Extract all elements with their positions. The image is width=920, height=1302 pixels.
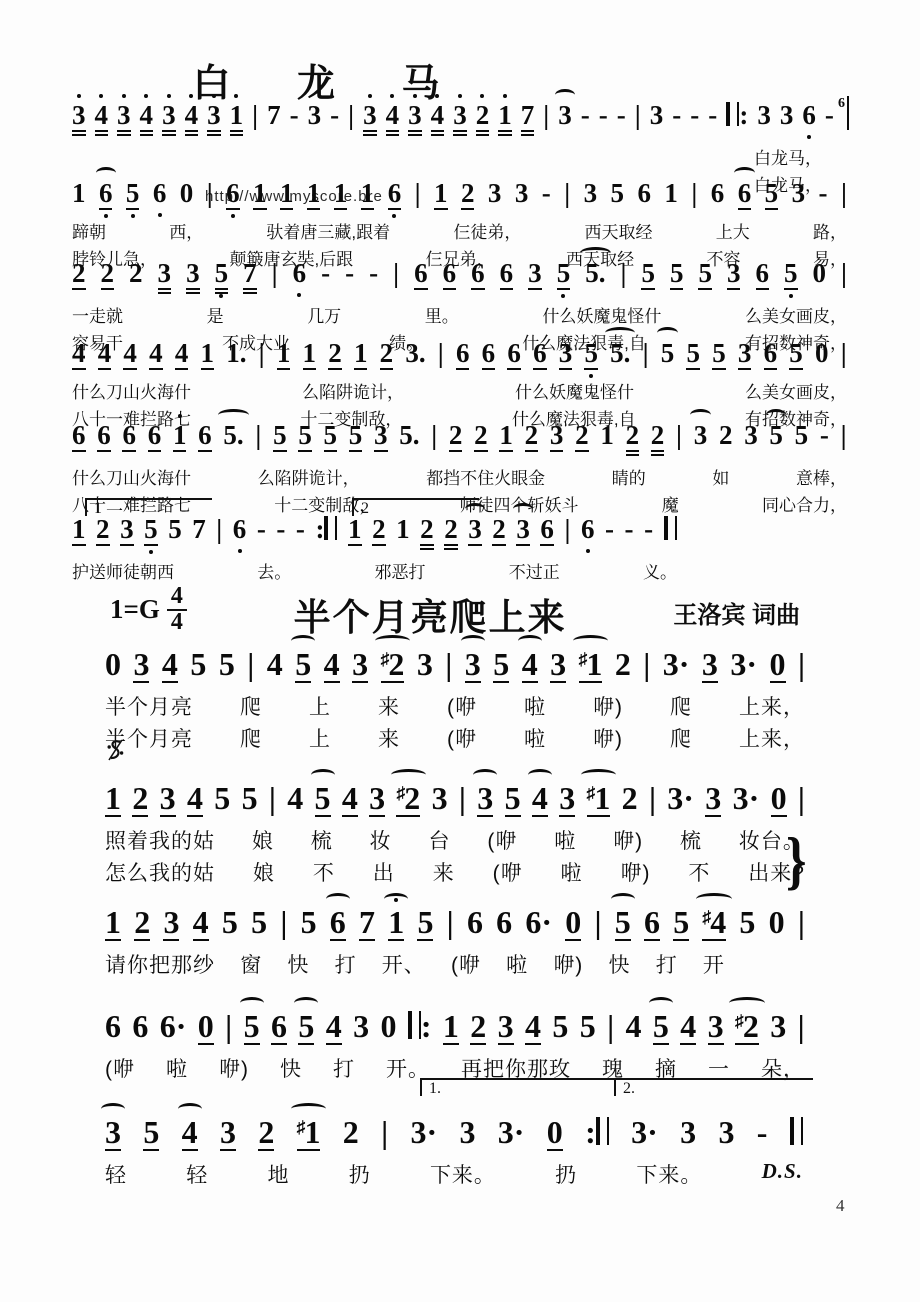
lyric-phrase: 爬 <box>670 723 692 753</box>
note-token: 6 <box>581 516 595 543</box>
note-token: - <box>369 260 378 287</box>
note-token: 5 <box>298 1010 314 1045</box>
note-token: 5 <box>168 516 182 543</box>
note-token: 3 <box>207 102 221 136</box>
note-token: 3 <box>72 102 86 136</box>
lyric-phrase: 爬 <box>670 691 692 721</box>
note-token: | <box>841 340 847 367</box>
note-token: | <box>393 260 399 287</box>
lyric-phrase: 里。 <box>425 302 459 327</box>
note-token: 4 <box>162 648 178 683</box>
note-token: ♯2 <box>381 648 405 683</box>
lyric-phrase: 打 <box>333 1053 355 1083</box>
note-token: 5 <box>641 260 655 290</box>
lyric-phrase: 上来， <box>739 691 805 721</box>
lyric-phrase: 快 <box>287 949 309 979</box>
note-token: 1 <box>280 180 294 210</box>
lyric-phrase: 啦 <box>506 949 528 979</box>
song1-system-4: 4444411.|112123.|6666355.|5553650|什么刀山火海… <box>72 340 847 430</box>
note-token: 6 <box>507 340 521 370</box>
song1-system-2: 16560|6111116|1233-|3561|6653-|蹄朝西，驮着唐三藏… <box>72 180 847 270</box>
note-token: - <box>820 422 829 449</box>
lyric-line: 请你把那纱窗快打开、(咿啦咿)快打开 <box>105 949 725 979</box>
song2-title: 半个月亮爬上来 <box>294 587 567 641</box>
note-token: 6 <box>72 422 86 452</box>
note-token: 2 <box>615 648 631 680</box>
song2-volta-2: 2. <box>614 1078 813 1096</box>
slur-arc <box>766 409 786 421</box>
lyric-phrase: 啦 <box>166 1053 188 1083</box>
note-token: 2 <box>380 340 394 370</box>
slur-arc <box>391 769 427 781</box>
note-token: 3 <box>559 340 573 370</box>
note-token: 6 <box>471 260 485 290</box>
note-token: 5 <box>295 648 311 683</box>
note-token: 3 <box>559 782 575 817</box>
note-token: 1 <box>173 422 187 452</box>
note-token: 3 <box>792 180 806 207</box>
note-token: 5 <box>324 422 338 452</box>
lyric-line: 白龙马， <box>72 144 822 169</box>
lyric-phrase: (咿 <box>487 825 517 855</box>
note-token: 3· <box>498 1116 525 1148</box>
note-token: 0 <box>813 260 827 287</box>
note-token: 6 <box>293 260 307 287</box>
note-token: - <box>290 102 299 129</box>
slur-arc <box>605 327 635 339</box>
note-token: 5 <box>215 260 229 294</box>
octave-dot-below <box>149 550 153 554</box>
octave-dot-above <box>144 94 148 98</box>
note-token: 4 <box>175 340 189 370</box>
note-token: 5 <box>661 340 675 367</box>
slur-arc <box>657 327 677 339</box>
lyric-phrase: 仨徒弟， <box>453 218 521 243</box>
volta-label: 2. <box>623 1080 635 1097</box>
note-token: ♯1 <box>579 648 603 683</box>
note-token: 5. <box>610 340 630 367</box>
note-token <box>790 1116 803 1148</box>
note-token: | <box>255 422 261 449</box>
note-token: 2 <box>719 422 733 449</box>
octave-dot-below <box>586 549 590 553</box>
note-token: 5 <box>493 648 509 683</box>
song2-system-1: 03455|4543♯23|3543♯12|3·33·0|半个月亮爬上来(咿啦咿… <box>105 648 805 753</box>
song2-system-5: 35432♯12|3·33·0:3·33-轻轻地扔下来。扔下来。D.S. <box>105 1116 803 1189</box>
note-token: 2 <box>372 516 386 546</box>
lyric-phrase: 啦 <box>524 691 546 721</box>
note-token: | <box>564 516 570 543</box>
note-token: 1 <box>434 180 448 210</box>
note-token: | <box>798 782 805 814</box>
lyric-line: 半个月亮爬上来(咿啦咿)爬上来， <box>105 691 805 721</box>
note-token: 5 <box>273 422 287 452</box>
note-token: 1 <box>105 906 121 941</box>
edge-fragment-note: 6 <box>838 96 845 112</box>
note-token: 6 <box>637 180 651 207</box>
slur-arc <box>465 503 485 515</box>
lyric-phrase: (咿 <box>451 949 481 979</box>
lyric-line: 照着我的姑娘梳妆台(咿啦咿)梳妆台。 <box>105 825 805 855</box>
note-token: 1 <box>354 340 368 370</box>
note-token: 3 <box>459 1116 475 1148</box>
lyric-phrase: 娘 <box>253 857 275 887</box>
lyric-phrase: 咿) <box>593 723 623 753</box>
note-token: 3 <box>780 102 794 129</box>
note-token: 3· <box>663 648 690 680</box>
note-token: 6 <box>105 1010 121 1042</box>
note-token: 6 <box>756 260 770 290</box>
lyric-phrase: 爬 <box>240 691 262 721</box>
notes-row: 16560|6111116|1233-|3561|6653-| <box>72 180 847 210</box>
note-token: 0 <box>565 906 581 941</box>
note-token: 1 <box>72 180 86 207</box>
note-token: 5 <box>244 1010 260 1045</box>
note-token: 4 <box>386 102 400 136</box>
lyric-phrase: 咿) <box>553 949 583 979</box>
note-token: 5 <box>251 906 267 938</box>
slur-arc <box>294 997 318 1009</box>
slur-arc <box>375 635 411 647</box>
octave-dot-above <box>234 94 238 98</box>
lyric-phrase: (咿 <box>447 723 477 753</box>
slur-arc <box>240 997 264 1009</box>
note-token: 5 <box>670 260 684 290</box>
note-token: 3 <box>158 260 172 294</box>
note-token: | <box>676 422 682 449</box>
note-token: 3 <box>718 1116 734 1148</box>
note-token: 4 <box>532 782 548 817</box>
note-token: 5 <box>615 906 631 941</box>
note-token: : <box>408 1010 432 1042</box>
note-token: 4 <box>680 1010 696 1045</box>
note-token: 6 <box>233 516 247 543</box>
sharp-sign: ♯ <box>587 783 596 803</box>
sharp-sign: ♯ <box>381 649 390 669</box>
note-token: 2 <box>343 1116 359 1148</box>
notes-row: 123455|56715|666·0|565♯450| <box>105 906 805 941</box>
note-token: 3 <box>488 180 502 207</box>
slur-arc <box>326 893 350 905</box>
note-token: | <box>798 648 805 680</box>
note-token: 4 <box>431 102 445 136</box>
slur-arc <box>555 89 575 101</box>
note-token: | <box>798 906 805 938</box>
sharp-sign: ♯ <box>579 649 588 669</box>
note-token: : <box>726 102 748 129</box>
note-token: 5 <box>580 1010 596 1042</box>
octave-dot-below <box>789 294 793 298</box>
note-token: 0 <box>815 340 829 367</box>
note-token: 3 <box>453 102 467 136</box>
slur-arc <box>218 409 248 421</box>
note-token: 4 <box>342 782 358 817</box>
note-token: 2 <box>134 906 150 941</box>
lyric-block: 轻轻地扔下来。扔下来。D.S. <box>105 1159 803 1189</box>
note-token: 4 <box>326 1010 342 1045</box>
note-token: 5. <box>585 260 605 287</box>
song1-title: 白 龙 马 <box>180 52 480 107</box>
octave-dot-above <box>99 94 103 98</box>
lyric-phrase: 娘 <box>252 825 274 855</box>
note-token: 1 <box>388 906 404 941</box>
note-token: 0 <box>770 648 786 683</box>
note-token: | <box>649 782 656 814</box>
note-token: 3 <box>374 422 388 452</box>
key-signature: 1=G 4 4 <box>110 585 187 634</box>
slur-arc <box>581 769 617 781</box>
note-token: 3 <box>369 782 385 817</box>
note-token: 0 <box>180 180 194 207</box>
octave-dot-below <box>158 213 162 217</box>
lyric-phrase: 睛的 <box>612 464 646 489</box>
note-token: 3 <box>498 1010 514 1045</box>
note-token: 6 <box>467 906 483 938</box>
note-token: 5 <box>349 422 363 452</box>
note-token: 3 <box>680 1116 696 1148</box>
lyric-phrase: 么陷阱诡计， <box>258 464 360 489</box>
note-token: 4 <box>267 648 283 680</box>
note-token: 5. <box>223 422 243 449</box>
note-token: 3 <box>117 102 131 136</box>
note-token: - <box>257 516 266 543</box>
note-token: | <box>348 102 354 129</box>
note-token: | <box>543 102 549 129</box>
note-token: 7 <box>359 906 375 941</box>
notes-row: 123557|6---:121223236|6--- <box>72 516 677 550</box>
octave-dot-above <box>394 898 398 902</box>
note-token: 3 <box>550 648 566 683</box>
lyric-phrase: 来 <box>378 723 400 753</box>
note-token: 2 <box>622 782 638 814</box>
slur-arc <box>178 1103 202 1115</box>
note-token: 3 <box>417 648 433 680</box>
lyric-phrase: 上来， <box>739 723 805 753</box>
note-token: 3 <box>352 648 368 683</box>
note-token: | <box>225 1010 232 1042</box>
lyric-phrase: 同心合力， <box>762 491 847 516</box>
note-token: 3 <box>363 102 377 136</box>
note-token: 5 <box>698 260 712 290</box>
octave-dot-above <box>413 94 417 98</box>
lyric-phrase: 半个月亮 <box>105 691 193 721</box>
note-token: 3 <box>528 260 542 290</box>
note-token: 0 <box>769 906 785 938</box>
octave-dot-above <box>458 94 462 98</box>
octave-dot-below <box>238 549 242 553</box>
note-token: 3 <box>120 516 134 546</box>
song2-system-4: 666·0|565430:123455|4543♯23|(咿啦咿)快打开。再把你… <box>105 1010 805 1083</box>
double-barline <box>408 1011 421 1039</box>
note-token: 3 <box>105 1116 121 1151</box>
note-token: 4 <box>525 1010 541 1045</box>
note-token: 1 <box>334 180 348 210</box>
lyric-phrase: 白龙马， <box>754 144 822 169</box>
slur-arc <box>101 1103 125 1115</box>
octave-dot-above <box>178 414 182 418</box>
note-token: 6· <box>160 1010 187 1042</box>
slur-arc <box>513 503 533 515</box>
note-token: 5 <box>584 340 598 370</box>
lyric-phrase: 驮着唐三藏,跟着 <box>266 218 390 243</box>
note-token: 3 <box>708 1010 724 1045</box>
song1-volta-2: 2 <box>352 498 479 516</box>
note-token: 6 <box>99 180 113 210</box>
lyric-phrase: 扔 <box>555 1159 577 1189</box>
note-token: 3 <box>432 782 448 814</box>
lyric-phrase: 扔 <box>349 1159 371 1189</box>
edge-fragment: 6 <box>838 96 849 130</box>
note-token: | <box>415 180 421 207</box>
key-value: 1=G <box>110 594 160 625</box>
note-token: 5. <box>399 422 419 449</box>
note-token: 6 <box>533 340 547 370</box>
note-token: 5 <box>557 260 571 290</box>
note-token: 3 <box>558 102 572 129</box>
note-token: 2 <box>444 516 458 550</box>
note-token: 4 <box>182 1116 198 1151</box>
note-token: | <box>691 180 697 207</box>
octave-dot-above <box>435 94 439 98</box>
note-token: 5 <box>769 422 783 449</box>
lyric-phrase: 咿) <box>613 825 643 855</box>
note-token: 5 <box>315 782 331 817</box>
lyric-phrase: D.S. <box>762 1159 803 1189</box>
note-token: 3 <box>702 648 718 683</box>
note-token: 3 <box>468 516 482 546</box>
note-token: 6 <box>271 1010 287 1045</box>
lyric-phrase: 不 <box>688 857 710 887</box>
octave-dot-below <box>104 214 108 218</box>
note-token: | <box>252 102 258 129</box>
double-barline <box>726 102 739 126</box>
note-token: 0 <box>547 1116 563 1151</box>
lyric-block: 照着我的姑娘梳妆台(咿啦咿)梳妆台。怎么我的姑娘不出来(咿啦咿)不出来? <box>105 825 805 887</box>
note-token: - <box>330 102 339 129</box>
note-token: | <box>594 906 601 938</box>
note-token: 2 <box>474 422 488 452</box>
slur-arc <box>573 635 609 647</box>
lyric-phrase: 轻 <box>105 1159 127 1189</box>
note-token: | <box>607 1010 614 1042</box>
lyric-line: 护送师徒朝西去。邪恶打不过正义。 <box>72 558 677 583</box>
lyric-phrase: 什么妖魔鬼怪什 <box>515 378 634 403</box>
note-token: - <box>599 102 608 129</box>
note-token: 1 <box>498 102 512 136</box>
note-token: 5 <box>214 782 230 814</box>
lyric-phrase: 开 <box>703 949 725 979</box>
note-token: 3 <box>705 782 721 817</box>
note-token: | <box>438 340 444 367</box>
note-token: - <box>644 516 653 543</box>
note-token: 5 <box>417 906 433 941</box>
lyric-phrase: 不过正 <box>509 558 560 583</box>
note-token: 5 <box>301 906 317 938</box>
note-token: 5 <box>739 906 755 938</box>
octave-dot-below <box>231 214 235 218</box>
lyric-phrase: 爬 <box>240 723 262 753</box>
octave-dot-above <box>189 94 193 98</box>
note-token: 2 <box>72 260 86 290</box>
lyric-phrase: 窗 <box>240 949 262 979</box>
note-token: 6 <box>711 180 725 207</box>
note-token: | <box>643 340 649 367</box>
lyric-phrase: 来 <box>378 691 400 721</box>
notes-row: 35432♯12|3·33·0:3·33- <box>105 1116 803 1151</box>
song2-volta-1: 1. <box>420 1078 615 1096</box>
note-token: 1 <box>600 422 614 449</box>
lyric-phrase: 是 <box>207 302 224 327</box>
note-token: 1 <box>664 180 678 207</box>
slur-arc <box>649 997 673 1009</box>
octave-dot-below <box>131 214 135 218</box>
slur-arc <box>729 997 765 1009</box>
double-barline <box>664 516 677 540</box>
note-token: ♯4 <box>702 906 726 941</box>
slur-arc <box>611 893 635 905</box>
slur-arc <box>311 769 335 781</box>
note-token: 2 <box>132 782 148 817</box>
note-token: 4 <box>140 102 154 136</box>
slur-arc <box>696 893 732 905</box>
notes-row: 2223357|6---|6666355.|5553650| <box>72 260 847 294</box>
note-token: 1 <box>253 180 267 210</box>
lyric-phrase: 开、 <box>382 949 426 979</box>
note-token: 4 <box>287 782 303 814</box>
note-token: 0 <box>380 1010 396 1042</box>
lyric-phrase: 请你把那纱 <box>105 949 215 979</box>
note-token: 1 <box>72 516 86 546</box>
note-token: 6 <box>802 102 816 129</box>
note-token: 2 <box>449 422 463 452</box>
song2-system-3: 123455|56715|666·0|565♯450|请你把那纱窗快打开、(咿啦… <box>105 906 805 979</box>
meter-numerator: 4 <box>167 585 187 611</box>
lyric-phrase: 什么刀山火海什 <box>72 378 191 403</box>
note-token: 5 <box>190 648 206 680</box>
lyric-phrase: 啦 <box>524 723 546 753</box>
note-token: | <box>431 422 437 449</box>
note-token: | <box>207 180 213 207</box>
note-token: 5 <box>126 180 140 210</box>
lyric-line: 半个月亮爬上来(咿啦咿)爬上来， <box>105 723 805 753</box>
note-token: 1 <box>348 516 362 546</box>
note-token: 4 <box>626 1010 642 1042</box>
note-token: 6 <box>226 180 240 210</box>
note-token: 6 <box>644 906 660 941</box>
note-token: 3 <box>133 648 149 683</box>
note-token: - <box>757 1116 768 1148</box>
slur-arc <box>291 635 315 647</box>
note-token: 5 <box>653 1010 669 1045</box>
octave-dot-below <box>589 374 593 378</box>
note-token: | <box>620 260 626 287</box>
note-token: 4 <box>123 340 137 370</box>
note-token: 6 <box>496 906 512 938</box>
note-token: 5 <box>222 906 238 938</box>
note-token: - <box>690 102 699 129</box>
note-token: 4 <box>185 102 199 136</box>
octave-dot-below <box>219 294 223 298</box>
song2-credit: 王洛宾 词曲 <box>673 595 800 630</box>
note-token: 3 <box>353 1010 369 1042</box>
note-token: - <box>605 516 614 543</box>
note-token: 6 <box>482 340 496 370</box>
lyric-phrase: 西， <box>169 218 203 243</box>
slur-arc <box>528 769 552 781</box>
note-token: 6 <box>540 516 554 546</box>
note-token: 5 <box>673 906 689 941</box>
note-token: 7 <box>192 516 206 543</box>
